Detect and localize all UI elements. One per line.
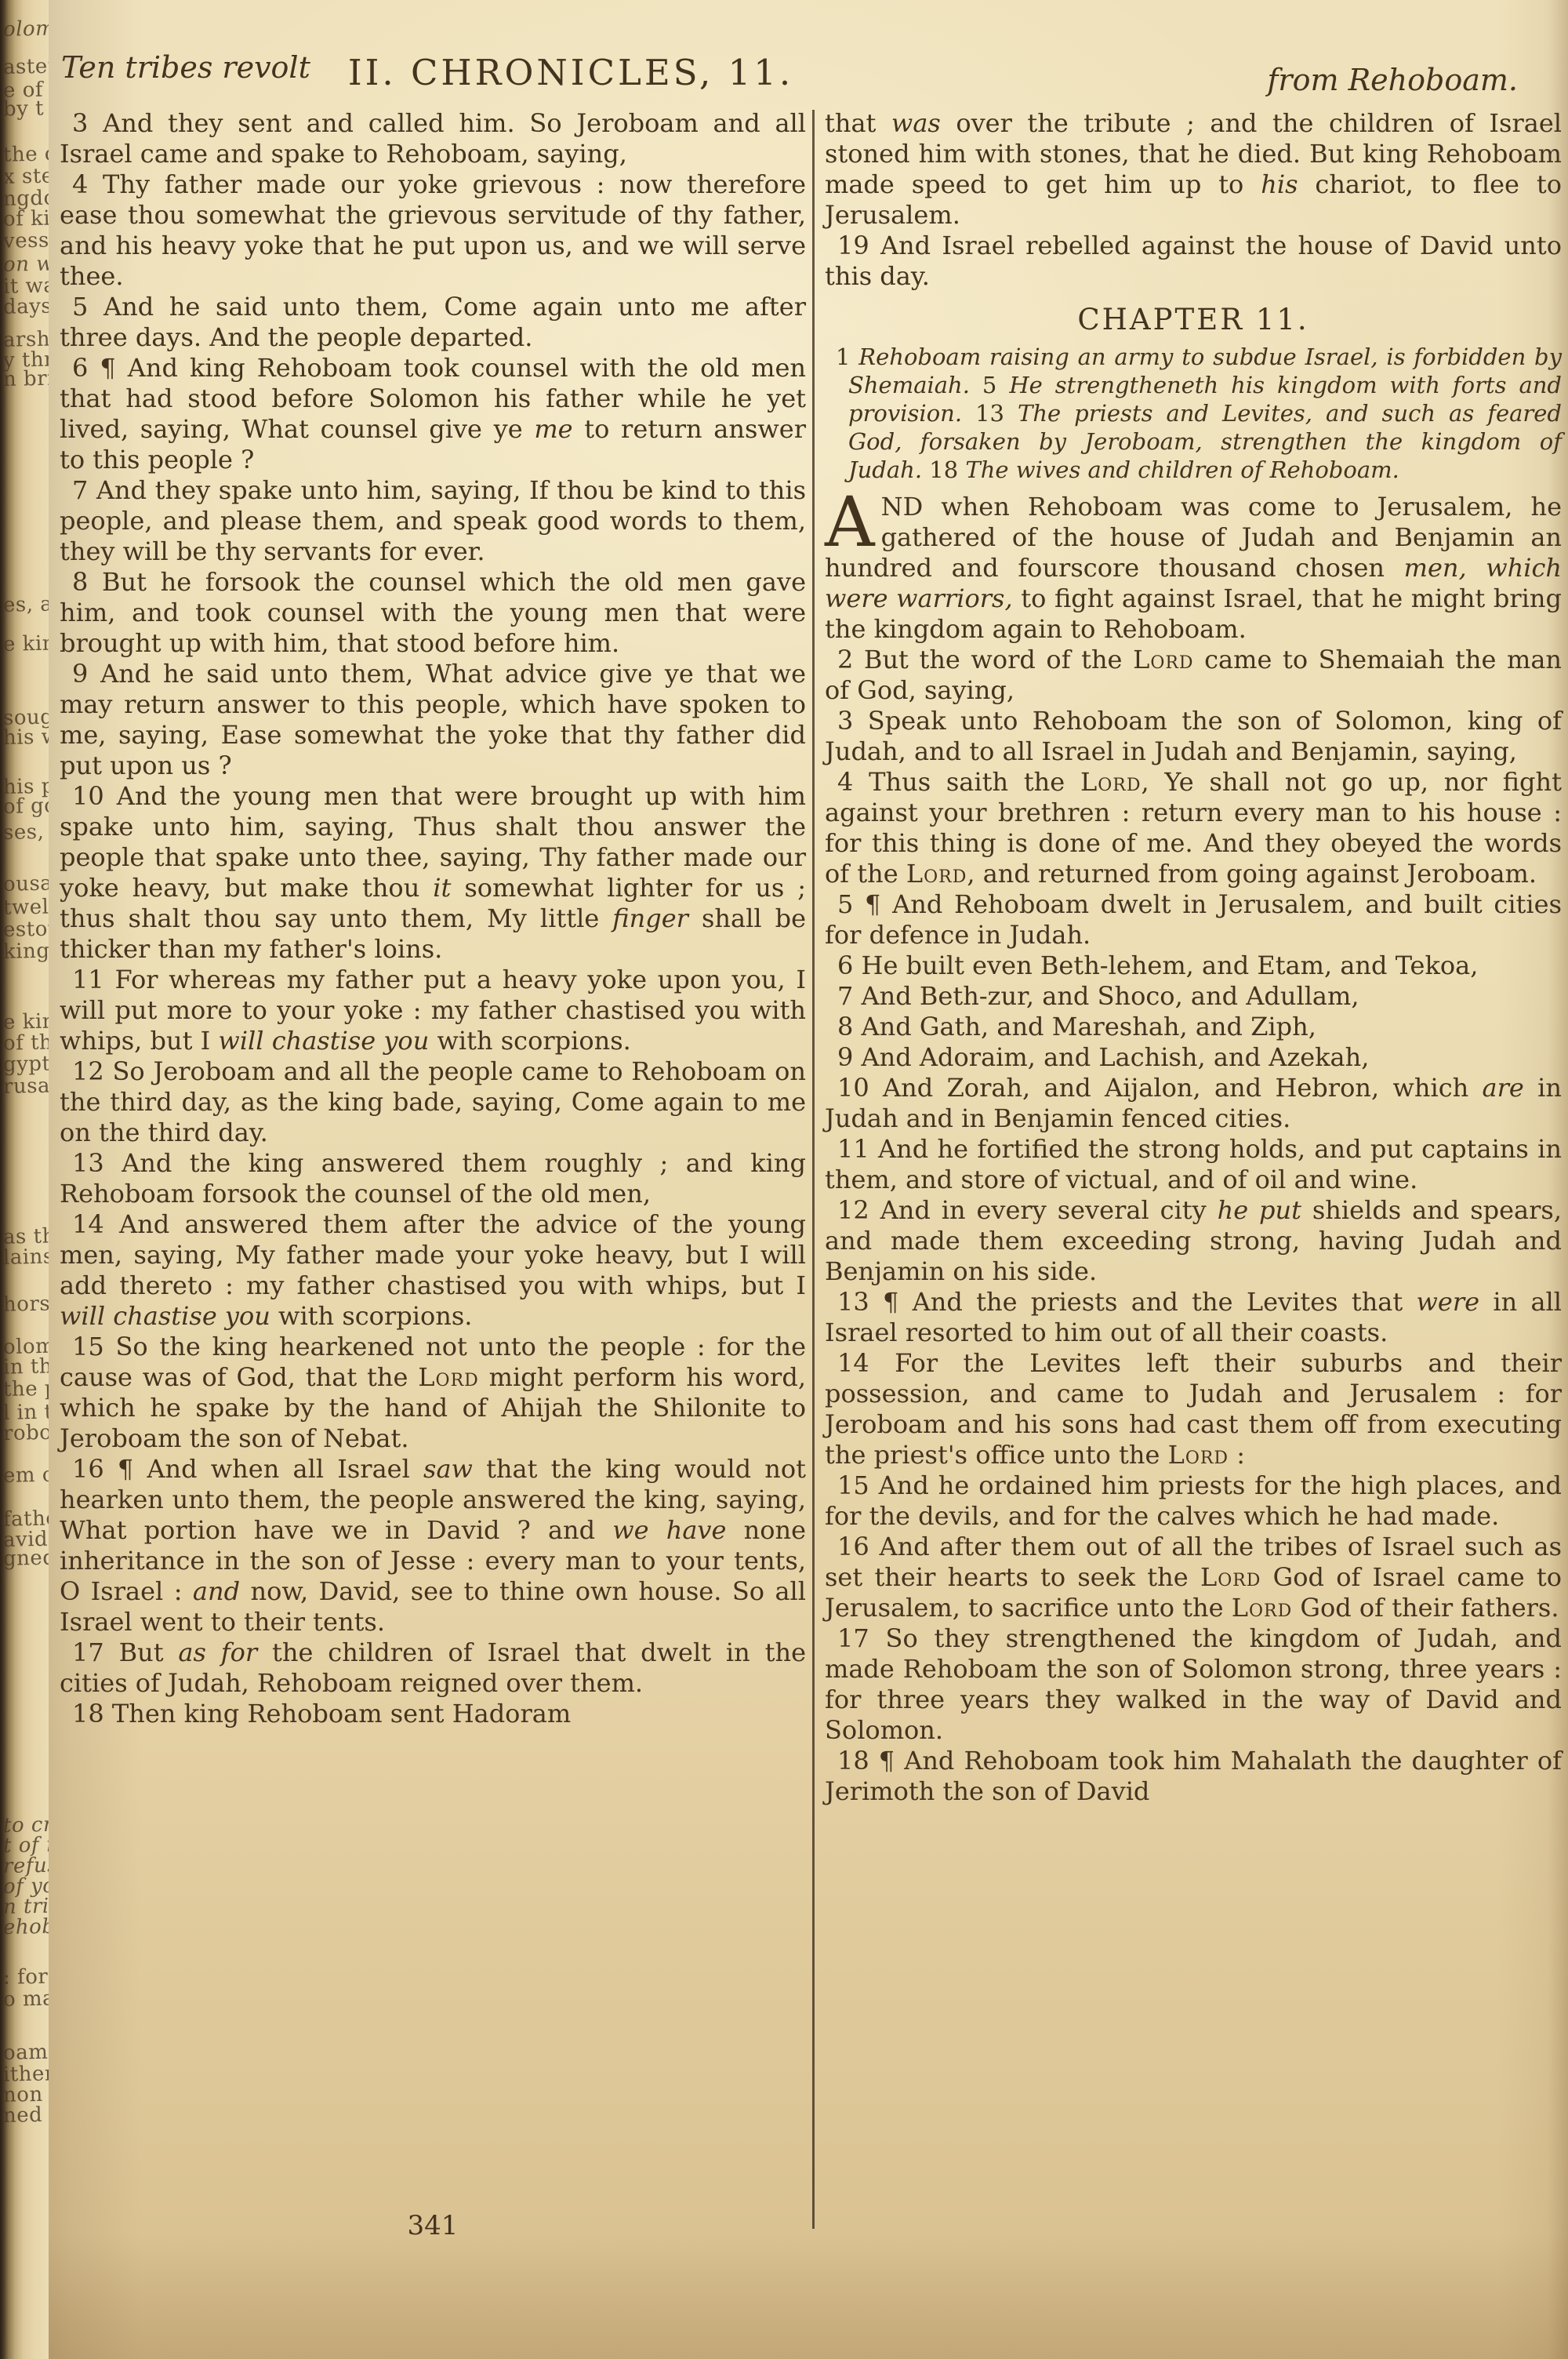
spine-fragment: roboam	[3, 1420, 49, 1445]
spine-fragment: of gold	[3, 794, 49, 819]
chapter11-verses: AND when Rehoboam was come to Jerusalem,…	[825, 492, 1562, 1807]
verse-number: 3	[72, 108, 103, 138]
verse-number: 18	[837, 1746, 879, 1776]
verse: 17 But as for the children of Israel tha…	[60, 1637, 806, 1699]
spine-fragment: on we	[3, 252, 49, 277]
chapter-summary-block: 1 Rehoboam raising an army to subdue Isr…	[825, 343, 1562, 484]
verse: 6 He built even Beth-lehem, and Etam, an…	[825, 951, 1562, 981]
running-head-left: Ten tribes revolt	[61, 50, 310, 85]
spine-fragment: rusale	[3, 1074, 49, 1099]
verse-number: 14	[837, 1348, 895, 1378]
verse: 3 Speak unto Rehoboam the son of Solomon…	[825, 706, 1562, 767]
spine-fragment: vesse	[3, 228, 49, 253]
verse-number: 6	[72, 353, 100, 383]
verse-number: 15	[72, 1332, 115, 1361]
verse-number: 17	[837, 1623, 886, 1653]
spine-fragment: in th	[3, 1354, 49, 1379]
running-head-title: II. CHRONICLES, 11.	[314, 52, 828, 93]
verse: 11 And he fortified the strong holds, an…	[825, 1134, 1562, 1195]
verse: 15 So the king hearkened not unto the pe…	[60, 1332, 806, 1454]
pilcrow-mark: ¶	[883, 1287, 913, 1317]
verse-number: 5	[72, 292, 103, 322]
verse: 16 ¶ And when all Israel saw that the ki…	[60, 1454, 806, 1637]
spine-fragment: : for t	[3, 1965, 49, 1990]
verse: 2 But the word of the Lord came to Shema…	[825, 645, 1562, 706]
verse-number: 9	[837, 1042, 862, 1072]
verse-number: 13	[837, 1287, 883, 1317]
verse-number: 3	[837, 706, 868, 736]
spine-fragment: em ove	[3, 1463, 49, 1488]
spine-fragment: his wis	[3, 725, 49, 750]
verse: 14 And answered them after the advice of…	[60, 1209, 806, 1332]
pilcrow-mark: ¶	[100, 353, 127, 383]
chapter10-end-verses: that was over the tribute ; and the chil…	[825, 108, 1562, 292]
verse: 4 Thy father made our yoke grievous : no…	[60, 169, 806, 292]
verse: 18 ¶ And Rehoboam took him Mahalath the …	[825, 1746, 1562, 1807]
verse: 9 And Adoraim, and Lachish, and Azekah,	[825, 1042, 1562, 1073]
verse: 5 And he said unto them, Come again unto…	[60, 292, 806, 353]
page-number: 341	[60, 2210, 806, 2241]
verse: 14 For the Levites left their suburbs an…	[825, 1348, 1562, 1470]
verse: 3 And they sent and called him. So Jerob…	[60, 108, 806, 169]
spine-fragment: king s	[3, 939, 49, 964]
spine-fragment: ned ou	[3, 2103, 49, 2128]
verse-number: 11	[72, 965, 114, 994]
verse: 13 ¶ And the priests and the Levites tha…	[825, 1287, 1562, 1348]
verse: 12 And in every several city he put shie…	[825, 1195, 1562, 1287]
spine-fragment: gypt.	[3, 1052, 49, 1076]
verse-number: 12	[72, 1056, 113, 1086]
verse-number: 19	[837, 231, 880, 260]
verse-number: 11	[837, 1134, 878, 1164]
verse-continuation: that was over the tribute ; and the chil…	[825, 108, 1562, 231]
spine-fragment: ehoboa	[3, 1914, 49, 1939]
spine-fragment: n bring	[3, 366, 49, 391]
spine-fragment: es, an	[3, 592, 49, 617]
verse: 13 And the king answered them roughly ; …	[60, 1148, 806, 1209]
verse-number: 8	[72, 567, 102, 597]
spine-fragment: e king	[3, 631, 49, 656]
verse-number: 5	[837, 889, 865, 919]
verse-number: 2	[837, 645, 864, 674]
verse: 16 And after them out of all the tribes …	[825, 1532, 1562, 1623]
verse: 15 And he ordained him priests for the h…	[825, 1470, 1562, 1532]
pilcrow-mark: ¶	[879, 1746, 904, 1776]
spine-fragment: the o	[3, 142, 49, 166]
column-right: that was over the tribute ; and the chil…	[825, 108, 1562, 1807]
spine-fragment: astene	[3, 54, 49, 79]
verse-number: 7	[837, 981, 862, 1011]
column-divider-rule	[812, 110, 815, 2229]
verse: 6 ¶ And king Rehoboam took counsel with …	[60, 353, 806, 475]
verse: 11 For whereas my father put a heavy yok…	[60, 965, 806, 1056]
spine-fragment: horse	[3, 1292, 49, 1317]
drop-cap: A	[825, 492, 881, 548]
verse: AND when Rehoboam was come to Jerusalem,…	[825, 492, 1562, 645]
verse: 10 And Zorah, and Aijalon, and Hebron, w…	[825, 1073, 1562, 1134]
pilcrow-mark: ¶	[865, 889, 892, 919]
spine-fragment: lains i	[3, 1245, 49, 1270]
verse-number: 10	[72, 781, 117, 811]
verse-number: 4	[837, 767, 869, 797]
verse-number: 16	[72, 1454, 118, 1484]
verse-number: 15	[837, 1470, 879, 1500]
verse-number: 18	[72, 1699, 112, 1728]
spine-fragment: by t	[3, 96, 45, 121]
spine-fragment: of kin	[3, 206, 49, 231]
verse-number: 8	[837, 1012, 862, 1041]
verse-number: 6	[837, 951, 862, 980]
verse: 10 And the young men that were brought u…	[60, 781, 806, 965]
book-spine-gutter: olomoastenee of tby tthe ox stepngdomof …	[0, 0, 49, 2359]
verse-number: 10	[837, 1073, 883, 1103]
spine-fragment: ousan	[3, 871, 49, 896]
verse: 7 And they spake unto him, saying, If th…	[60, 475, 806, 567]
spine-fragment: oam th	[3, 2040, 49, 2065]
verse: 5 ¶ And Rehoboam dwelt in Jerusalem, and…	[825, 889, 1562, 951]
chapter-summary: 1 Rehoboam raising an army to subdue Isr…	[825, 343, 1562, 484]
verse: 19 And Israel rebelled against the house…	[825, 231, 1562, 292]
verse-number: 13	[72, 1148, 122, 1178]
verse: 8 And Gath, and Mareshah, and Ziph,	[825, 1012, 1562, 1042]
verse: 7 And Beth-zur, and Shoco, and Adullam,	[825, 981, 1562, 1012]
spine-fragment: o mak	[3, 1986, 49, 2012]
verse: 4 Thus saith the Lord, Ye shall not go u…	[825, 767, 1562, 889]
spine-fragment: ses, an	[3, 820, 49, 845]
running-head-right: from Rehoboam.	[1200, 63, 1518, 97]
verse-number: 9	[72, 659, 100, 689]
verse-number: 7	[72, 475, 96, 505]
spine-fragment: estowe	[3, 917, 49, 942]
verse-number: 4	[72, 169, 103, 199]
verse-number: 17	[72, 1637, 119, 1667]
verse: 8 But he forsook the counsel which the o…	[60, 567, 806, 659]
verse-number: 14	[72, 1209, 119, 1239]
verse: 9 And he said unto them, What advice giv…	[60, 659, 806, 781]
verse: 17 So they strengthened the kingdom of J…	[825, 1623, 1562, 1746]
spine-fragment: twelv	[3, 895, 49, 920]
verse-number: 12	[837, 1195, 880, 1225]
spine-fragment: x step	[3, 164, 49, 189]
spine-fragment: days o	[3, 294, 49, 319]
verse-number: 16	[837, 1532, 880, 1561]
bible-page-photo: olomoastenee of tby tthe ox stepngdomof …	[0, 0, 1568, 2359]
verse: 18 Then king Rehoboam sent Hadoram	[60, 1699, 806, 1729]
verse: 12 So Jeroboam and all the people came t…	[60, 1056, 806, 1148]
column-left: 3 And they sent and called him. So Jerob…	[60, 108, 806, 1729]
chapter-heading: CHAPTER 11.	[825, 303, 1562, 336]
spine-fragment: the pro	[3, 1376, 49, 1401]
spine-fragment: gned i	[3, 1546, 49, 1571]
spine-fragment: olomo	[3, 16, 49, 42]
pilcrow-mark: ¶	[118, 1454, 147, 1484]
